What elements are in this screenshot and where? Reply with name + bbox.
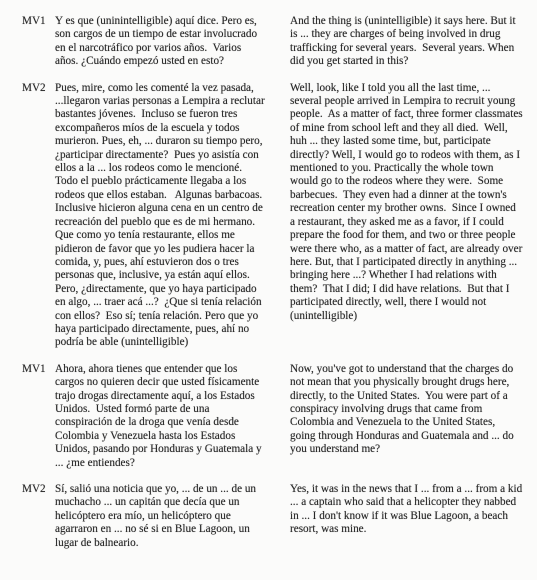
english-text: Well, look, like I told you all the last… (290, 82, 523, 323)
speaker-label: MV1 (22, 15, 55, 28)
transcript-turn: MV2 Pues, mire, como les comenté la vez … (22, 82, 525, 350)
transcript-turn: MV1 Y es que (uninintelligible) aquí dic… (22, 15, 525, 69)
spanish-text: Ahora, ahora tienes que entender que los… (55, 363, 267, 470)
transcript-turn: MV2 Sí, salió una noticia que yo, ... de… (22, 483, 525, 550)
spanish-text: Sí, salió una noticia que yo, ... de un … (55, 483, 267, 550)
transcript-page: MV1 Y es que (uninintelligible) aquí dic… (0, 0, 537, 580)
spanish-text: Pues, mire, como les comenté la vez pasa… (55, 82, 267, 350)
speaker-label: MV1 (22, 363, 55, 376)
english-text: Now, you've got to understand that the c… (290, 363, 523, 457)
english-text: And the thing is (unintelligible) it say… (290, 15, 523, 69)
speaker-label: MV2 (22, 483, 55, 496)
english-text: Yes, it was in the news that I ... from … (290, 483, 523, 537)
spanish-text: Y es que (uninintelligible) aquí dice. P… (55, 15, 267, 69)
speaker-label: MV2 (22, 82, 55, 95)
transcript-turn: MV1 Ahora, ahora tienes que entender que… (22, 363, 525, 470)
